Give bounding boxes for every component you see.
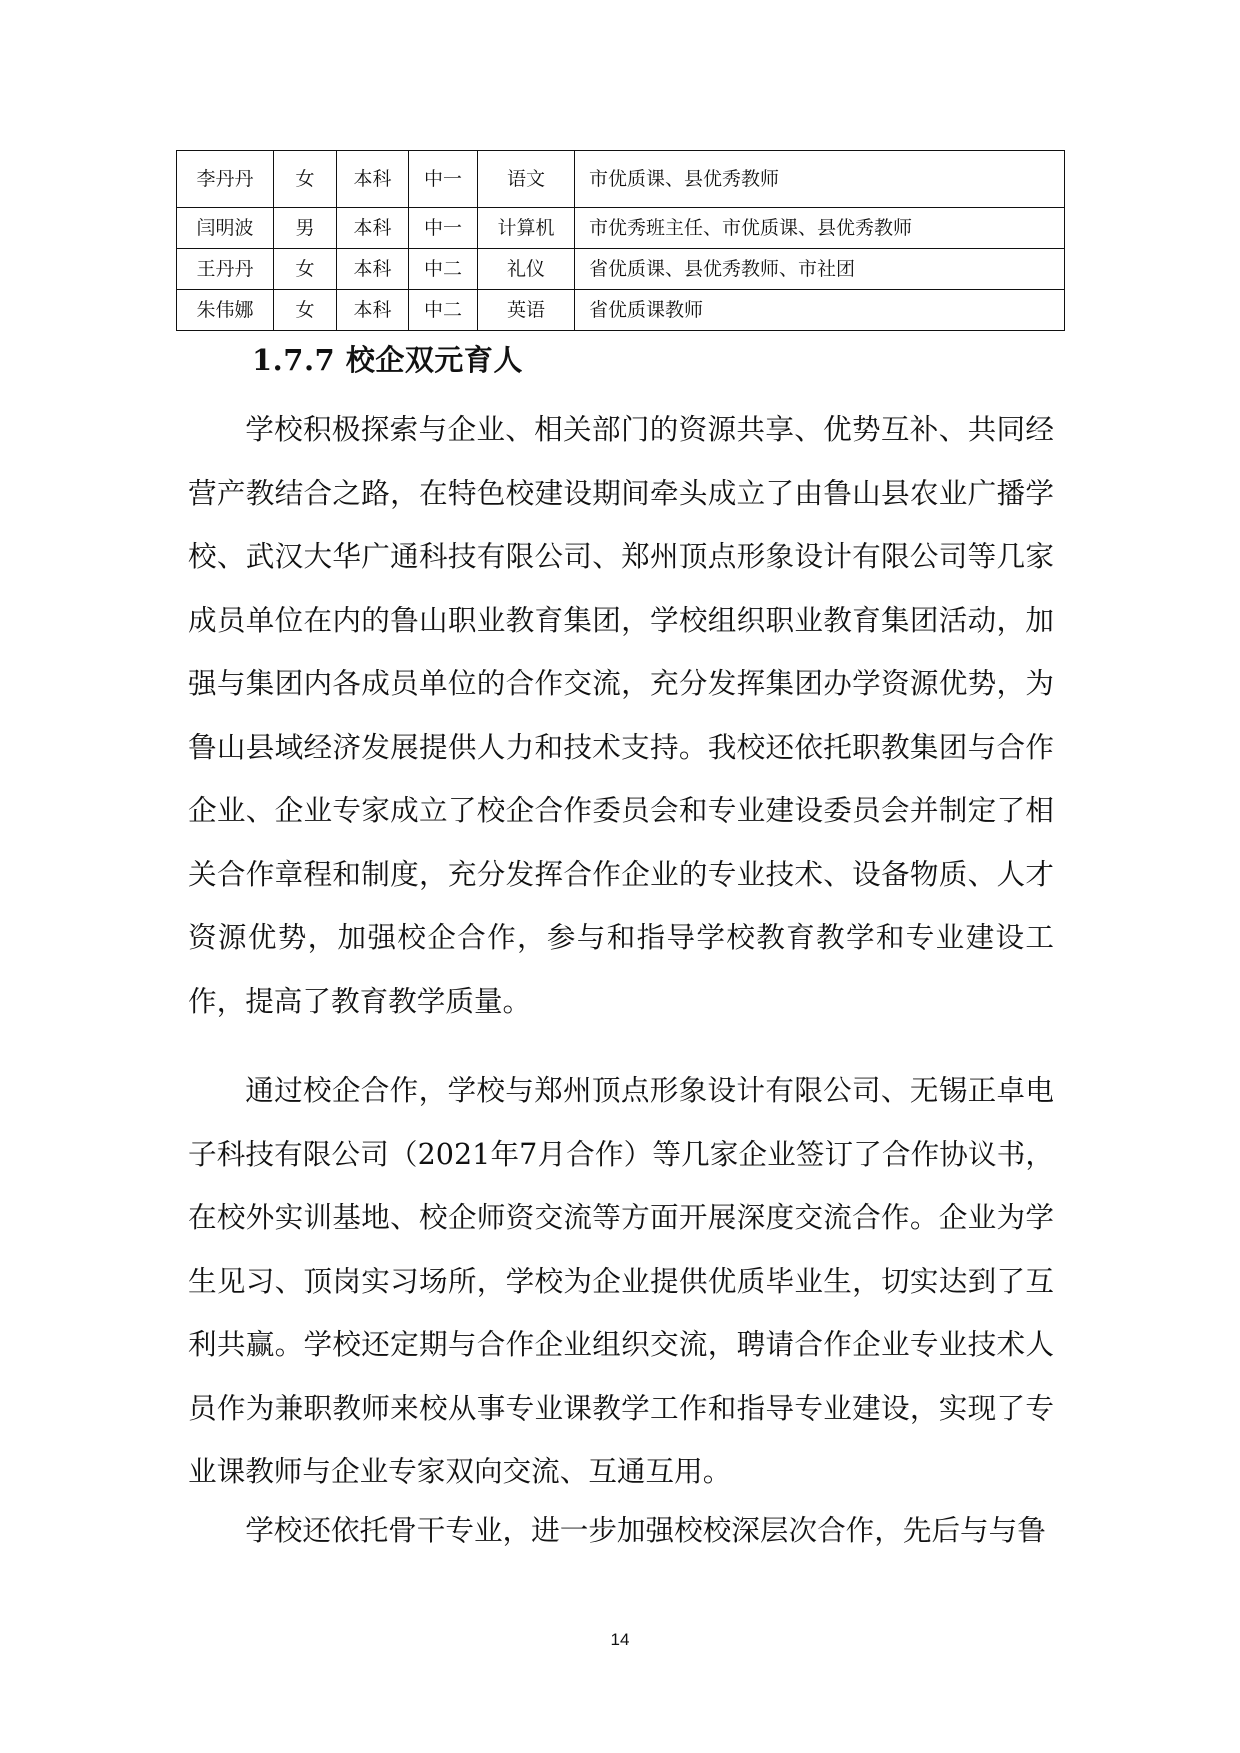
teacher-gender: 女 [274,249,337,290]
teacher-subject: 礼仪 [478,249,575,290]
teacher-gender: 女 [274,290,337,331]
teacher-name: 朱伟娜 [177,290,274,331]
body-paragraph: 学校积极探索与企业、相关部门的资源共享、优势互补、共同经营产教结合之路，在特色校… [188,398,1054,1033]
page-number: 14 [0,1630,1240,1650]
teacher-education: 本科 [337,290,409,331]
table-row: 王丹丹 女 本科 中二 礼仪 省优质课、县优秀教师、市社团 [177,249,1065,290]
teacher-gender: 女 [274,151,337,208]
teacher-name: 王丹丹 [177,249,274,290]
body-paragraph: 学校还依托骨干专业，进一步加强校校深层次合作，先后与与鲁 [188,1499,1054,1563]
teacher-honors: 省优质课、县优秀教师、市社团 [575,249,1065,290]
teacher-name: 闫明波 [177,208,274,249]
teacher-gender: 男 [274,208,337,249]
teacher-title: 中二 [409,290,478,331]
teacher-education: 本科 [337,208,409,249]
table-row: 李丹丹 女 本科 中一 语文 市优质课、县优秀教师 [177,151,1065,208]
teacher-name: 李丹丹 [177,151,274,208]
teacher-subject: 计算机 [478,208,575,249]
document-page: 李丹丹 女 本科 中一 语文 市优质课、县优秀教师 闫明波 男 本科 中一 计算… [0,0,1240,1753]
table-row: 朱伟娜 女 本科 中二 英语 省优质课教师 [177,290,1065,331]
teacher-title: 中一 [409,151,478,208]
teacher-subject: 英语 [478,290,575,331]
teacher-honors: 市优秀班主任、市优质课、县优秀教师 [575,208,1065,249]
teacher-honors: 省优质课教师 [575,290,1065,331]
teacher-title: 中一 [409,208,478,249]
teacher-table: 李丹丹 女 本科 中一 语文 市优质课、县优秀教师 闫明波 男 本科 中一 计算… [176,150,1065,331]
teacher-education: 本科 [337,249,409,290]
teacher-title: 中二 [409,249,478,290]
teacher-education: 本科 [337,151,409,208]
body-paragraph: 通过校企合作，学校与郑州顶点形象设计有限公司、无锡正卓电子科技有限公司（2021… [188,1059,1054,1504]
teacher-subject: 语文 [478,151,575,208]
teacher-honors: 市优质课、县优秀教师 [575,151,1065,208]
section-heading: 1.7.7 校企双元育人 [252,340,523,380]
table-row: 闫明波 男 本科 中一 计算机 市优秀班主任、市优质课、县优秀教师 [177,208,1065,249]
